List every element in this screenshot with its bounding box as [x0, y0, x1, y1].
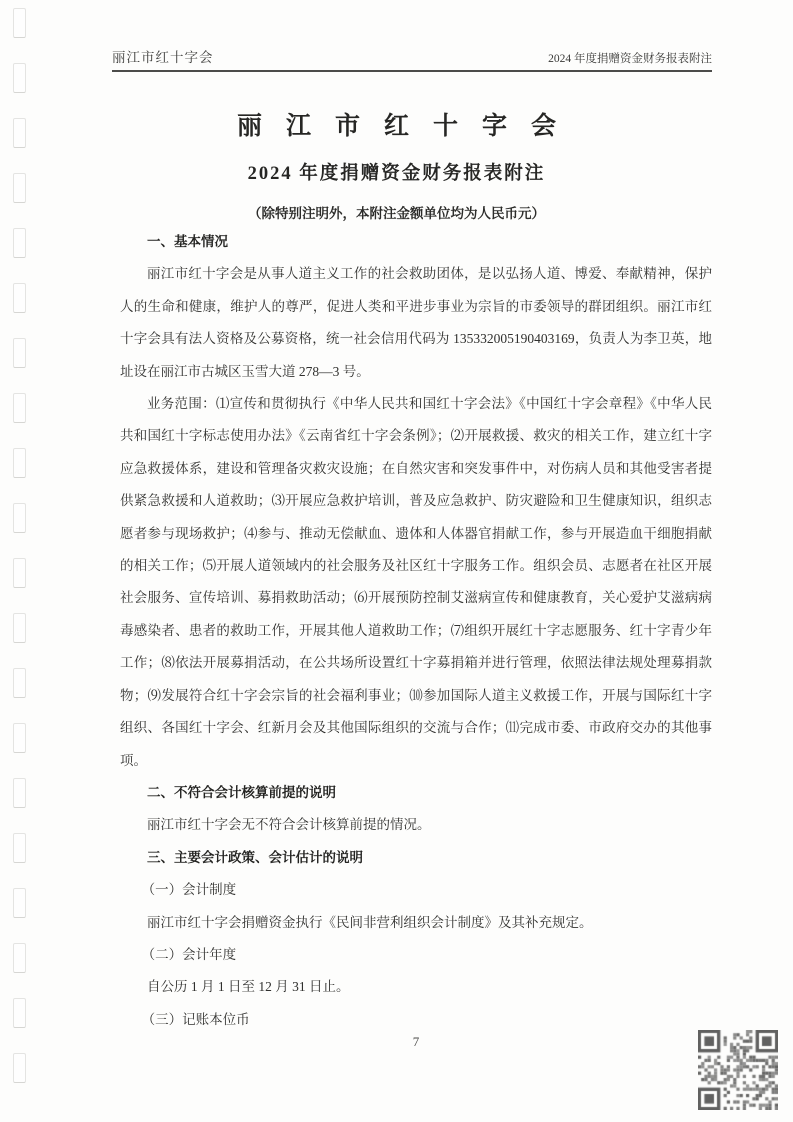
heading-0: 一、基本情况: [120, 226, 712, 258]
document-title: 丽江市红十字会: [0, 106, 793, 142]
binding-hole: [13, 668, 26, 698]
binding-hole: [13, 283, 26, 313]
binding-hole: [13, 833, 26, 863]
binding-hole: [13, 503, 26, 533]
binding-hole: [13, 1053, 26, 1083]
subheading-6: （一）会计制度: [120, 874, 712, 906]
subheading-10: （三）记账本位币: [120, 1004, 712, 1036]
currency-unit-note: （除特别注明外，本附注金额单位均为人民币元）: [0, 202, 793, 222]
header-doc-title: 2024 年度捐赠资金财务报表附注: [548, 50, 712, 66]
paragraph-7: 丽江市红十字会捐赠资金执行《民间非营利组织会计制度》及其补充规定。: [120, 907, 712, 939]
subheading-8: （二）会计年度: [120, 939, 712, 971]
page-number: 7: [120, 1034, 712, 1050]
binding-hole: [13, 943, 26, 973]
binding-hole: [13, 393, 26, 423]
binding-hole: [13, 228, 26, 258]
document-subtitle: 2024 年度捐赠资金财务报表附注: [0, 159, 793, 185]
paragraph-1: 丽江市红十字会是从事人道主义工作的社会救助团体，是以弘扬人道、博爱、奉献精神，保…: [120, 258, 712, 388]
document-body: 一、基本情况丽江市红十字会是从事人道主义工作的社会救助团体，是以弘扬人道、博爱、…: [120, 226, 712, 1036]
binding-hole: [13, 63, 26, 93]
heading-3: 二、不符合会计核算前提的说明: [120, 777, 712, 809]
paragraph-2: 业务范围：⑴宣传和贯彻执行《中华人民共和国红十字会法》《中国红十字会章程》《中华…: [120, 388, 712, 777]
paragraph-9: 自公历 1 月 1 日至 12 月 31 日止。: [120, 971, 712, 1003]
running-header: 丽江市红十字会 2024 年度捐赠资金财务报表附注: [112, 46, 712, 72]
qr-code-image: [698, 1030, 778, 1110]
binding-hole: [13, 448, 26, 478]
binding-hole: [13, 613, 26, 643]
binding-hole: [13, 558, 26, 588]
binding-hole: [13, 888, 26, 918]
heading-5: 三、主要会计政策、会计估计的说明: [120, 842, 712, 874]
header-org-name: 丽江市红十字会: [112, 46, 214, 66]
qr-code: [698, 1030, 778, 1110]
paragraph-4: 丽江市红十字会无不符合会计核算前提的情况。: [120, 809, 712, 841]
binding-hole: [13, 723, 26, 753]
binding-hole: [13, 338, 26, 368]
binding-hole: [13, 8, 26, 38]
binding-hole: [13, 998, 26, 1028]
binding-hole: [13, 778, 26, 808]
